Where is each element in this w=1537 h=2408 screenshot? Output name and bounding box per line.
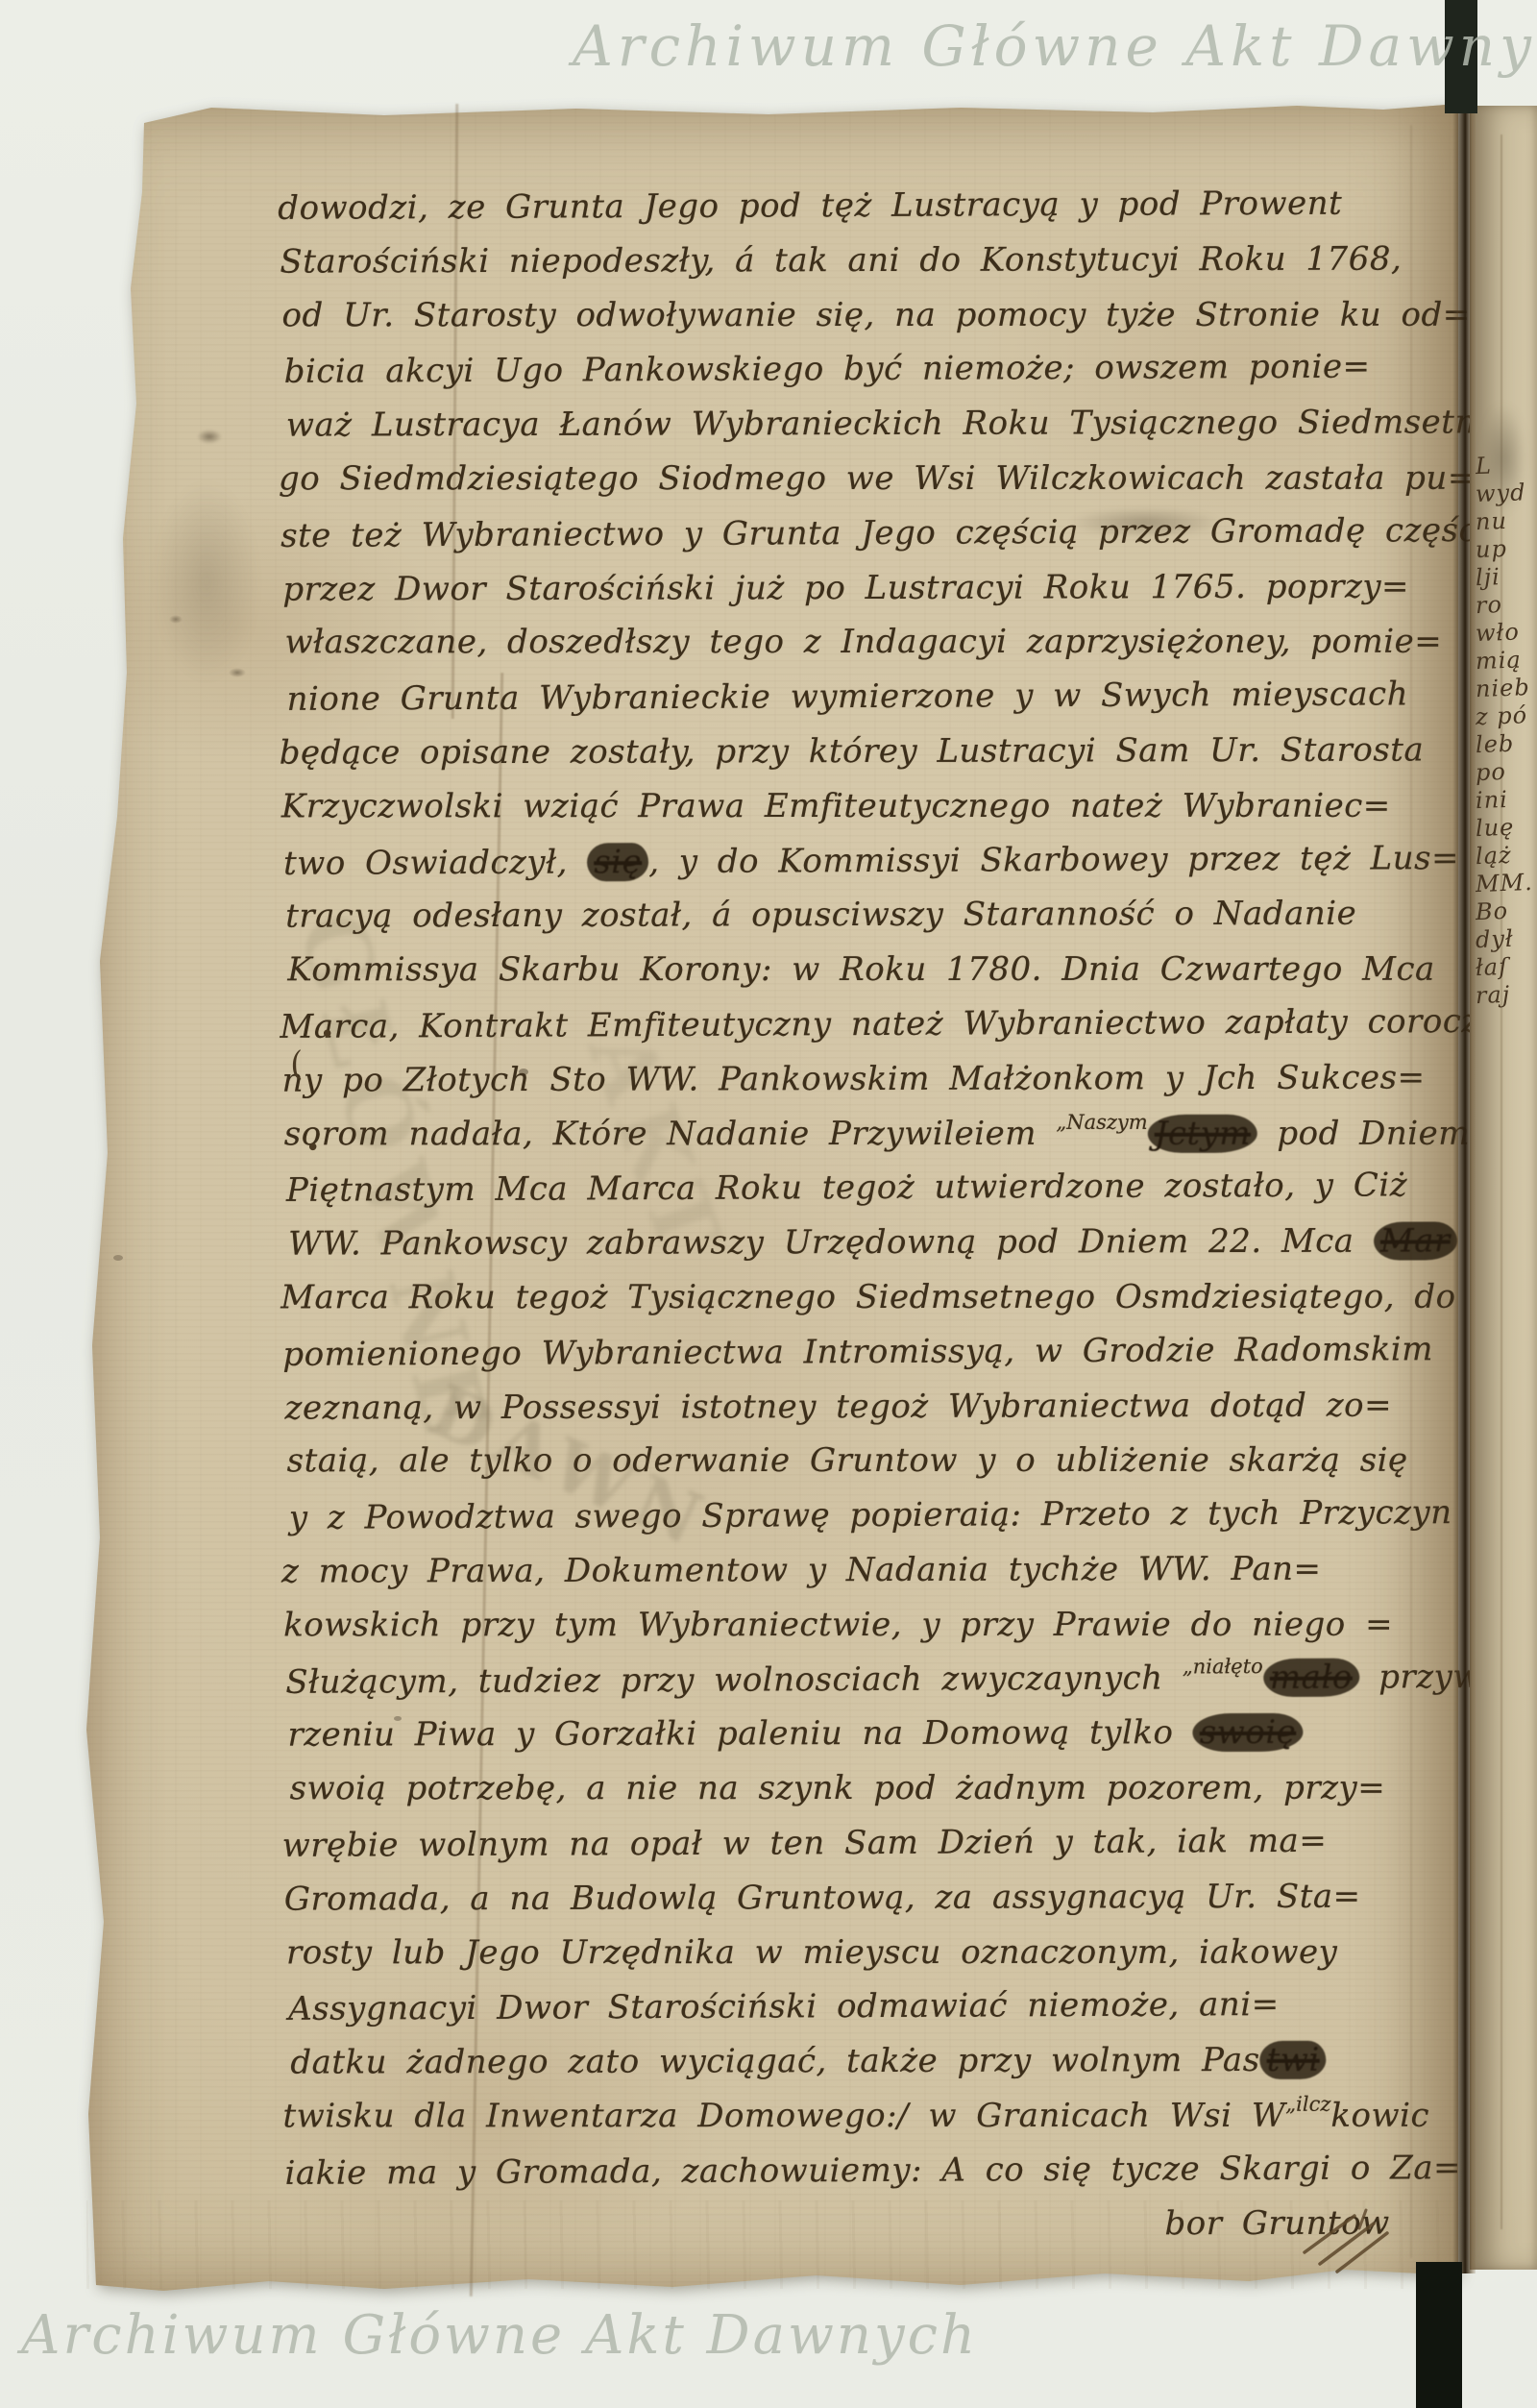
manuscript-text: rzeniu Piwa y Gorzałki paleniu na Domową…	[287, 1713, 1192, 1754]
manuscript-line: WW. Pankowscy zabrawszy Urzędowną pod Dn…	[288, 1215, 1458, 1272]
facing-page-fragment: L	[1476, 452, 1535, 480]
fold-crease	[1500, 135, 1502, 2229]
facing-page-fragment: łaſ	[1476, 952, 1535, 982]
manuscript-strike: twi	[1260, 2041, 1327, 2079]
manuscript-line: bicia akcyi Ugo Pankowskiego być niemoże…	[284, 340, 1454, 401]
manuscript-line: datku żadnego zato wyciągać, także przy …	[290, 2032, 1460, 2090]
facing-page-fragment: Bo	[1476, 897, 1535, 926]
manuscript-line: nione Grunta Wybranieckie wymierzone y w…	[286, 667, 1456, 727]
manuscript-text: bicia akcyi Ugo Pankowskiego być niemoże…	[284, 348, 1371, 391]
manuscript-line: Piętnastym Mca Marca Roku tegoż utwierdz…	[286, 1158, 1456, 1218]
facing-page-fragment: nu	[1476, 506, 1535, 536]
binding-strip-bottom	[1416, 2262, 1462, 2408]
binding-strip-top	[1445, 0, 1477, 113]
archive-watermark: Archiwum Główne Akt Dawnych	[573, 13, 1537, 79]
manuscript-text: zeznaną, w Possessyi istotney tegoż Wybr…	[284, 1386, 1392, 1427]
book-gutter	[1452, 100, 1476, 2273]
facing-page-fragment: ini	[1476, 785, 1535, 815]
manuscript-sup: „niałęto	[1183, 1655, 1263, 1678]
manuscript-sup: „ilcz	[1285, 2093, 1330, 2116]
manuscript-strike: się	[587, 843, 648, 881]
manuscript-sup: „Naszym	[1056, 1110, 1147, 1133]
manuscript-text: waż Lustracya Łanów Wybranieckich Roku T…	[286, 403, 1525, 444]
manuscript-line: rzeniu Piwa y Gorzałki paleniu na Domową…	[287, 1706, 1457, 1763]
facing-page-fragment: up	[1476, 534, 1535, 564]
manuscript-strike: Jctym	[1148, 1114, 1257, 1152]
manuscript-line: będące opisane zostały, przy którey Lust…	[280, 723, 1450, 780]
manuscript-line: Assygnacyi Dwor Starościński odmawiać ni…	[288, 1977, 1458, 2037]
manuscript-text: datku żadnego zato wyciągać, także przy …	[290, 2041, 1259, 2082]
facing-page-fragment: wło	[1476, 618, 1535, 648]
manuscript-line: two Oswiadczył, się, y do Kommissyi Skar…	[283, 831, 1453, 892]
manuscript-text: kowskich przy tym Wybraniectwie, y przy …	[283, 1605, 1393, 1644]
manuscript-text: sorom nadała, Które Nadanie Przywileiem	[284, 1114, 1057, 1152]
archive-watermark: Archiwum Główne Akt Dawnych	[21, 2304, 978, 2367]
manuscript-line: ste też Wybraniectwo y Grunta Jego częśc…	[281, 504, 1451, 564]
manuscript-line: swoią potrzebę, a nie na szynk pod żadny…	[290, 1761, 1460, 1816]
manuscript-text: staią, ale tylko o oderwanie Gruntow y o…	[287, 1441, 1408, 1481]
manuscript-line: rosty lub Jego Urzędnika w mieyscu oznac…	[286, 1925, 1456, 1979]
manuscript-text: iakie ma y Gromada, zachowuiemy: A co si…	[285, 2149, 1462, 2193]
manuscript-text: twisku dla Inwentarza Domowego:/ w Grani…	[282, 2097, 1285, 2136]
facing-page-fragment: MM.	[1476, 869, 1535, 898]
manuscript-text: od Ur. Starosty odwoływanie się, na pomo…	[282, 295, 1471, 334]
facing-page-fragment: po	[1476, 757, 1535, 787]
manuscript-line: waż Lustracya Łanów Wybranieckich Roku T…	[286, 396, 1456, 454]
margin-mark: •	[305, 1134, 320, 1163]
facing-page-text-fragments: Lwydnuupljirowłomiąniebz pólebpoiniluęlą…	[1476, 452, 1535, 1009]
facing-page-fragment: mią	[1476, 646, 1535, 676]
manuscript-line: właszczane, doszedłszy tego z Indagacyi …	[284, 615, 1454, 670]
facing-page-edge: Lwydnuupljirowłomiąniebz pólebpoiniluęlą…	[1470, 106, 1537, 2270]
manuscript-text: y z Powodztwa swego Sprawę popieraią: Pr…	[289, 1493, 1452, 1537]
manuscript-text: kowic	[1330, 2097, 1429, 2135]
facing-page-fragment: ląż	[1476, 841, 1535, 871]
manuscript-line: Służącym, tudziez przy wolnosciach zwycz…	[285, 1650, 1455, 1710]
manuscript-text: ste też Wybraniectwo y Grunta Jego częśc…	[281, 511, 1508, 555]
manuscript-text: Gromada, a na Budowlą Gruntową, za assyg…	[284, 1877, 1361, 1918]
facing-page-fragment: dył	[1476, 924, 1535, 954]
facing-page-fragment: z pó	[1476, 701, 1535, 731]
manuscript-line: wrębie wolnym na opał w ten Sam Dzień y …	[282, 1813, 1452, 1874]
manuscript-line: Starościński niepodeszły, á tak ani do K…	[280, 232, 1450, 289]
manuscript-text: Assygnacyi Dwor Starościński odmawiać ni…	[288, 1985, 1280, 2028]
manuscript-text: z mocy Prawa, Dokumentow y Nadania tychż…	[281, 1550, 1322, 1591]
manuscript-text: nione Grunta Wybranieckie wymierzone y w…	[286, 676, 1408, 720]
manuscript-line: z mocy Prawa, Dokumentow y Nadania tychż…	[281, 1541, 1452, 1599]
manuscript-text: , y do Kommissyi Skarbowey przez tęż Lus…	[648, 839, 1459, 881]
manuscript-line: tracyą odesłany został, á opusciwszy Sta…	[285, 887, 1455, 945]
manuscript-text: swoią potrzebę, a nie na szynk pod żadny…	[290, 1769, 1386, 1808]
manuscript-line: sorom nadała, Które Nadanie Przywileiem …	[284, 1106, 1454, 1161]
manuscript-text: ny po Złotych Sto WW. Pankowskim Małżonk…	[282, 1058, 1426, 1099]
manuscript-text: wrębie wolnym na opał w ten Sam Dzień y …	[282, 1822, 1328, 1865]
archive-scan: GŁÓWNE AKT DAWN dowodzi, ze Grunta Jego …	[0, 0, 1537, 2408]
manuscript-line: ny po Złotych Sto WW. Pankowskim Małżonk…	[282, 1050, 1452, 1108]
manuscript-text: Piętnastym Mca Marca Roku tegoż utwierdz…	[286, 1167, 1407, 1210]
manuscript-line: pomienionego Wybraniectwa Intromissyą, w…	[282, 1322, 1452, 1383]
manuscript-text: Służącym, tudziez przy wolnosciach zwycz…	[285, 1659, 1183, 1701]
manuscript-text: będące opisane zostały, przy którey Lust…	[280, 730, 1425, 772]
manuscript-text: Marca, Kontrakt Emfiteutyczny nateż Wybr…	[280, 1002, 1506, 1046]
manuscript-line: przez Dwor Starościński już po Lustracyi…	[282, 559, 1452, 617]
facing-page-fragment: ro	[1476, 590, 1535, 620]
manuscript-line: twisku dla Inwentarza Domowego:/ w Grani…	[282, 2089, 1452, 2144]
manuscript-text: Starościński niepodeszły, á tak ani do K…	[280, 239, 1402, 281]
facing-page-fragment: nieb	[1476, 674, 1535, 703]
manuscript-strike: swoię	[1193, 1713, 1304, 1752]
manuscript-line: dowodzi, ze Grunta Jego pod tęż Lustracy…	[278, 176, 1448, 236]
manuscript-line: Gromada, a na Budowlą Gruntową, za assyg…	[284, 1869, 1454, 1927]
manuscript-line: y z Powodztwa swego Sprawę popieraią: Pr…	[289, 1486, 1459, 1546]
facing-page-fragment: lji	[1476, 562, 1535, 592]
manuscript-text: tracyą odesłany został, á opusciwszy Sta…	[285, 895, 1356, 936]
facing-page-fragment: raj	[1476, 980, 1535, 1009]
facing-page-fragment: leb	[1476, 729, 1535, 759]
manuscript-text: pomienionego Wybraniectwa Intromissyą, w…	[282, 1330, 1433, 1374]
manuscript-line: zeznaną, w Possessyi istotney tegoż Wybr…	[284, 1378, 1454, 1436]
manuscript-line: bor Gruntow	[287, 2197, 1457, 2254]
manuscript-text: rosty lub Jego Urzędnika w mieyscu oznac…	[286, 1932, 1337, 1972]
manuscript-text: Kommissya Skarbu Korony: w Roku 1780. Dn…	[287, 950, 1435, 990]
manuscript-line: Marca Roku tegoż Tysiącznego Siedmsetneg…	[281, 1270, 1451, 1325]
pen-flourish	[1299, 2202, 1395, 2277]
manuscript-text: Krzyczwolski wziąć Prawa Emfiteutycznego…	[281, 786, 1391, 825]
handwritten-text-block: dowodzi, ze Grunta Jego pod tęż Lustracy…	[281, 177, 1457, 2253]
manuscript-text: WW. Pankowscy zabrawszy Urzędowną pod Dn…	[288, 1222, 1374, 1264]
manuscript-line: kowskich przy tym Wybraniectwie, y przy …	[283, 1597, 1453, 1652]
manuscript-line: iakie ma y Gromada, zachowuiemy: A co si…	[284, 2141, 1454, 2201]
manuscript-text: przez Dwor Starościński już po Lustracyi…	[282, 567, 1409, 608]
manuscript-line: Kommissya Skarbu Korony: w Roku 1780. Dn…	[287, 943, 1457, 997]
manuscript-text: właszczane, doszedłszy tego z Indagacyi …	[284, 623, 1442, 662]
manuscript-strike: mało	[1263, 1658, 1359, 1696]
manuscript-text: two Oswiadczył,	[283, 843, 587, 882]
manuscript-line: od Ur. Starosty odwoływanie się, na pomo…	[282, 287, 1452, 342]
manuscript-text: go Siedmdziesiątego Siodmego we Wsi Wilc…	[279, 459, 1476, 499]
manuscript-line: Krzyczwolski wziąć Prawa Emfiteutycznego…	[281, 778, 1452, 833]
manuscript-line: Marca, Kontrakt Emfiteutyczny nateż Wybr…	[280, 995, 1450, 1055]
manuscript-text: Marca Roku tegoż Tysiącznego Siedmsetneg…	[281, 1278, 1455, 1317]
manuscript-strike: Mar	[1374, 1222, 1457, 1261]
facing-page-fragment: wyd	[1476, 479, 1535, 508]
manuscript-text: dowodzi, ze Grunta Jego pod tęż Lustracy…	[278, 184, 1342, 228]
manuscript-line: go Siedmdziesiątego Siodmego we Wsi Wilc…	[279, 452, 1449, 506]
margin-mark: •	[320, 1020, 334, 1049]
facing-page-fragment: luę	[1476, 813, 1535, 843]
manuscript-line: staią, ale tylko o oderwanie Gruntow y o…	[287, 1434, 1457, 1488]
